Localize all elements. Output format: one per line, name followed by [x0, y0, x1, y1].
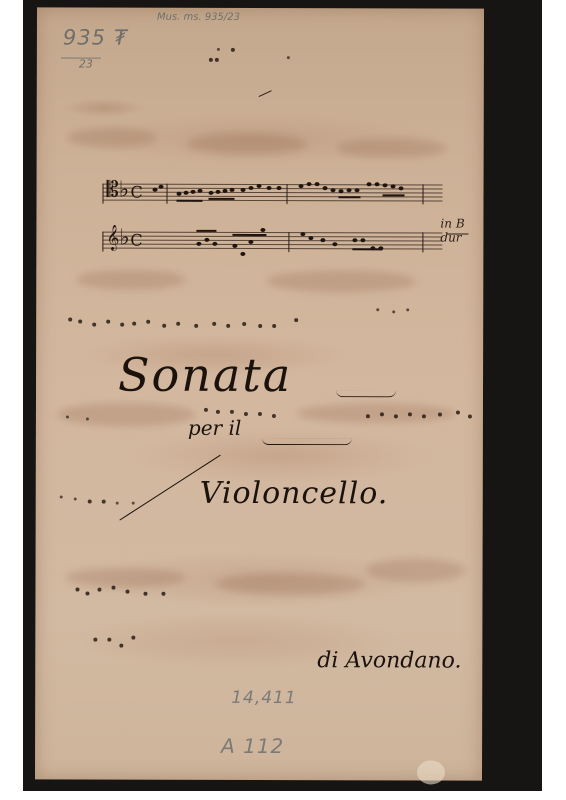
composer-attribution: di Avondano. [317, 648, 461, 673]
archive-number-1: 14,411 [231, 688, 297, 708]
key-annotation-underline [446, 233, 468, 234]
archive-number-2: A 112 [221, 734, 284, 758]
meter-c: C [130, 231, 142, 250]
title-violoncello: Violoncello. [200, 476, 389, 511]
title-flourish [336, 390, 396, 397]
incipit-staff-1: 𝄡♭ C [102, 184, 442, 205]
key-annotation: in B dur [440, 216, 483, 244]
paper-stain [417, 760, 445, 784]
title-per-il: per il [188, 416, 241, 440]
title-sonata: Sonata [118, 348, 292, 402]
incipit-staff-2: 𝄞♭ C [102, 232, 442, 253]
meter-c: C [131, 183, 143, 202]
shelfmark-primary: 935 ₮ [63, 25, 128, 49]
treble-clef-icon: 𝄞♭ [106, 226, 129, 251]
title-flourish [262, 438, 352, 445]
manuscript-page: 935 ₮ 23 Mus. ms. 935/23 𝄡♭ C [35, 7, 484, 780]
page-mark [259, 90, 273, 100]
alto-clef-icon: 𝄡♭ [107, 178, 130, 203]
shelfmark-library: Mus. ms. 935/23 [157, 12, 240, 23]
shelfmark-sub: 23 [79, 58, 93, 71]
